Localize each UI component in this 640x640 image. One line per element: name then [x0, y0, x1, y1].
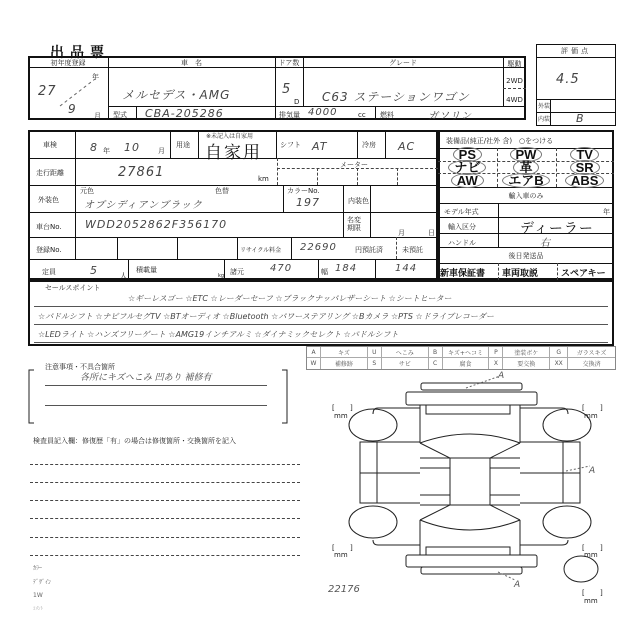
svg-text:22176: 22176 [328, 584, 360, 595]
equipment-エアb[interactable]: エアB [497, 173, 556, 187]
svg-text:[: [ [582, 404, 585, 412]
equipment-grid: PSPWTVナビ革SRAWエアBABS [438, 148, 614, 187]
displacement-value: 4000 [308, 107, 337, 118]
svg-text:[: [ [582, 589, 585, 597]
equipment-abs[interactable]: ABS [555, 173, 614, 187]
legend-desc: 塗装ボケ [503, 347, 550, 358]
legend-desc: キズ+ヘコミ [443, 347, 490, 358]
svg-text:]: ] [600, 544, 603, 552]
sales-points-label: セールスポイント [45, 283, 100, 293]
legend-code: G [550, 347, 568, 358]
legend-code: P [489, 347, 503, 358]
displacement-label: 排気量 [279, 110, 300, 120]
width-label: 幅 [321, 267, 328, 277]
inspection-year-unit: 年 [103, 146, 110, 156]
interior-grade-value: B [576, 112, 585, 125]
first-registration-year: 27 [38, 84, 57, 99]
shift-label: シフト [280, 140, 301, 150]
footer-label-design: ﾃﾞｻﾞｲﾝ [33, 577, 51, 586]
legend-code: W [307, 358, 321, 369]
drive-2wd[interactable]: 2WD [503, 77, 526, 85]
legend-desc: ガラスキズ [568, 347, 615, 358]
drive-label: 駆動 [503, 59, 526, 69]
sales-point-line-2: ☆パドルシフト ☆ナビフルセグTV ☆BTオーディオ ☆Bluetooth ☆パ… [38, 311, 494, 322]
legend-code: B [429, 347, 443, 358]
score-label: 評価点 [536, 46, 616, 56]
fuel-label: 燃料 [380, 110, 394, 120]
svg-text:[: [ [332, 404, 335, 412]
repaint-label: 色替 [215, 186, 229, 196]
tire-mm-fl: mm [334, 412, 348, 420]
legend-code: S [368, 358, 382, 369]
legend-code: XX [550, 358, 568, 369]
recycle-value: 22690 [300, 242, 337, 253]
import-header: 輸入車のみ [438, 191, 614, 201]
import-type-value: ディーラー [520, 218, 594, 238]
inspector-label: 検査員記入欄：修復歴「有」の場合は修復箇所・交換箇所を記入 [33, 436, 236, 446]
model-label: 型式 [113, 110, 127, 120]
legend-desc: 腐食 [443, 358, 490, 369]
transfer-day-unit: 日 [428, 228, 435, 238]
later-item-spare-key[interactable]: スペアキー [561, 266, 606, 279]
footer-label-1w: 1W [33, 592, 43, 599]
transfer-month-unit: 月 [398, 228, 405, 238]
model-year-label: モデル年式 [444, 207, 479, 217]
later-item-manual[interactable]: 車両取説 [502, 266, 538, 279]
recycle-not-deposited[interactable]: 未預託 [402, 245, 423, 255]
inspection-month-unit: 月 [158, 146, 165, 156]
equipment-header: 装備品(純正/社外 含) ○をつける [446, 136, 553, 146]
transfer-deadline-label: 名変期限 [347, 216, 367, 232]
reg-no-label: 登録No. [36, 245, 62, 255]
height-value: 144 [395, 263, 417, 274]
legend-desc: キズ [321, 347, 368, 358]
import-type-label: 輸入区分 [448, 222, 476, 232]
shift-value: AT [312, 140, 327, 153]
model-year-unit: 年 [603, 207, 610, 217]
equipment-aw[interactable]: AW [438, 173, 497, 187]
recycle-deposited[interactable]: 円預託済 [355, 245, 383, 255]
later-item-warranty[interactable]: 新車保証書 [440, 266, 485, 279]
recycle-label: リサイクル料金 [240, 245, 281, 254]
grade-label: グレード [303, 58, 503, 68]
equipment-ナビ[interactable]: ナビ [438, 161, 497, 173]
original-color-label: 元色 [80, 186, 94, 196]
inspection-month: 10 [124, 141, 140, 154]
mileage-unit: km [258, 175, 269, 183]
model-value: CBA-205286 [145, 107, 224, 120]
capacity-value: 5 [90, 264, 98, 277]
displacement-unit: cc [358, 111, 366, 119]
legend-desc: 補修跡 [321, 358, 368, 369]
capacity-label: 定員 [42, 267, 56, 277]
width-value: 184 [335, 263, 357, 274]
damage-legend: AキズUへこみBキズ+ヘコミP塗装ボケGガラスキズW補修跡SサビC腐食X要交換X… [306, 346, 616, 370]
inspection-year: 8 [90, 141, 98, 154]
doors-value: 5 [282, 82, 291, 97]
first-registration-label: 初年度登録 [28, 58, 108, 68]
svg-text:]: ] [350, 544, 353, 552]
sales-point-line-3: ☆LEDライト ☆ハンズフリーゲート ☆AMG19インチアルミ ☆ダイナミックセ… [38, 329, 399, 340]
svg-text:A: A [513, 580, 520, 590]
fuel-value: ガソリン [428, 107, 472, 122]
load-label: 積載量 [136, 265, 157, 275]
svg-text:]: ] [600, 589, 603, 597]
drive-4wd[interactable]: 4WD [503, 96, 526, 104]
footer-label-color: ｶﾗｰ [33, 563, 42, 572]
legend-code: C [429, 358, 443, 369]
later-items-header: 後日発送品 [438, 251, 614, 261]
legend-desc: 要交換 [503, 358, 550, 369]
sales-point-line-1: ☆ギーレスゴー ☆ETC ☆レーダーセーフ ☆ブラックナッパレザーシート ☆シー… [128, 293, 451, 304]
legend-desc: 交換済 [568, 358, 615, 369]
interior-color-label: 内装色 [348, 196, 369, 206]
original-color-value: オブシディアンブラック [84, 196, 203, 211]
doors-unit: D [294, 98, 299, 106]
car-name: メルセデス・AMG [122, 86, 230, 103]
equipment-革[interactable]: 革 [497, 161, 556, 173]
length-value: 470 [270, 263, 292, 274]
legend-desc: へこみ [382, 347, 429, 358]
legend-code: U [368, 347, 382, 358]
car-name-label: 車 名 [108, 58, 275, 68]
svg-text:]: ] [350, 404, 353, 412]
tire-mm-fr: mm [584, 412, 598, 420]
chassis-value: WDD2052862F356170 [85, 218, 227, 231]
exterior-grade-label: 外装 [538, 101, 550, 110]
tire-mm-spare: mm [584, 597, 598, 605]
svg-text:]: ] [600, 404, 603, 412]
notes-line-1: 各所にキズへこみ 凹あり 補修有 [80, 370, 212, 383]
tire-mm-rr: mm [584, 551, 598, 559]
grade-value: C63 ステーションワゴン [322, 88, 470, 105]
mileage-label: 走行距離 [36, 168, 64, 178]
chassis-label: 車台No. [36, 222, 62, 232]
ac-label: 冷房 [362, 140, 376, 150]
color-no-value: 197 [296, 196, 320, 209]
tire-mm-rl: mm [334, 551, 348, 559]
svg-text:A: A [497, 371, 504, 381]
footer-label-comment: ｺﾒﾝﾄ [33, 605, 43, 612]
slash-mark [55, 74, 100, 114]
legend-desc: サビ [382, 358, 429, 369]
inspection-label: 車検 [43, 140, 57, 150]
color-label: 外装色 [38, 195, 59, 205]
doors-label: ドア数 [275, 58, 303, 68]
equipment-sr[interactable]: SR [555, 161, 614, 173]
interior-grade-label: 内装 [538, 114, 550, 123]
color-no-label: カラーNo. [287, 186, 320, 196]
dims-label: 諸元 [230, 267, 244, 277]
mileage-value: 27861 [118, 165, 164, 180]
usage-value: 自家用 [205, 138, 262, 163]
car-body-diagram: []mm []mm []mm []mm []mm A A A 22176 [310, 370, 640, 640]
usage-label: 用途 [176, 140, 190, 150]
svg-text:A: A [588, 466, 595, 476]
score-value: 4.5 [556, 72, 580, 87]
legend-code: X [489, 358, 503, 369]
ac-value: AC [398, 140, 415, 153]
legend-code: A [307, 347, 321, 358]
